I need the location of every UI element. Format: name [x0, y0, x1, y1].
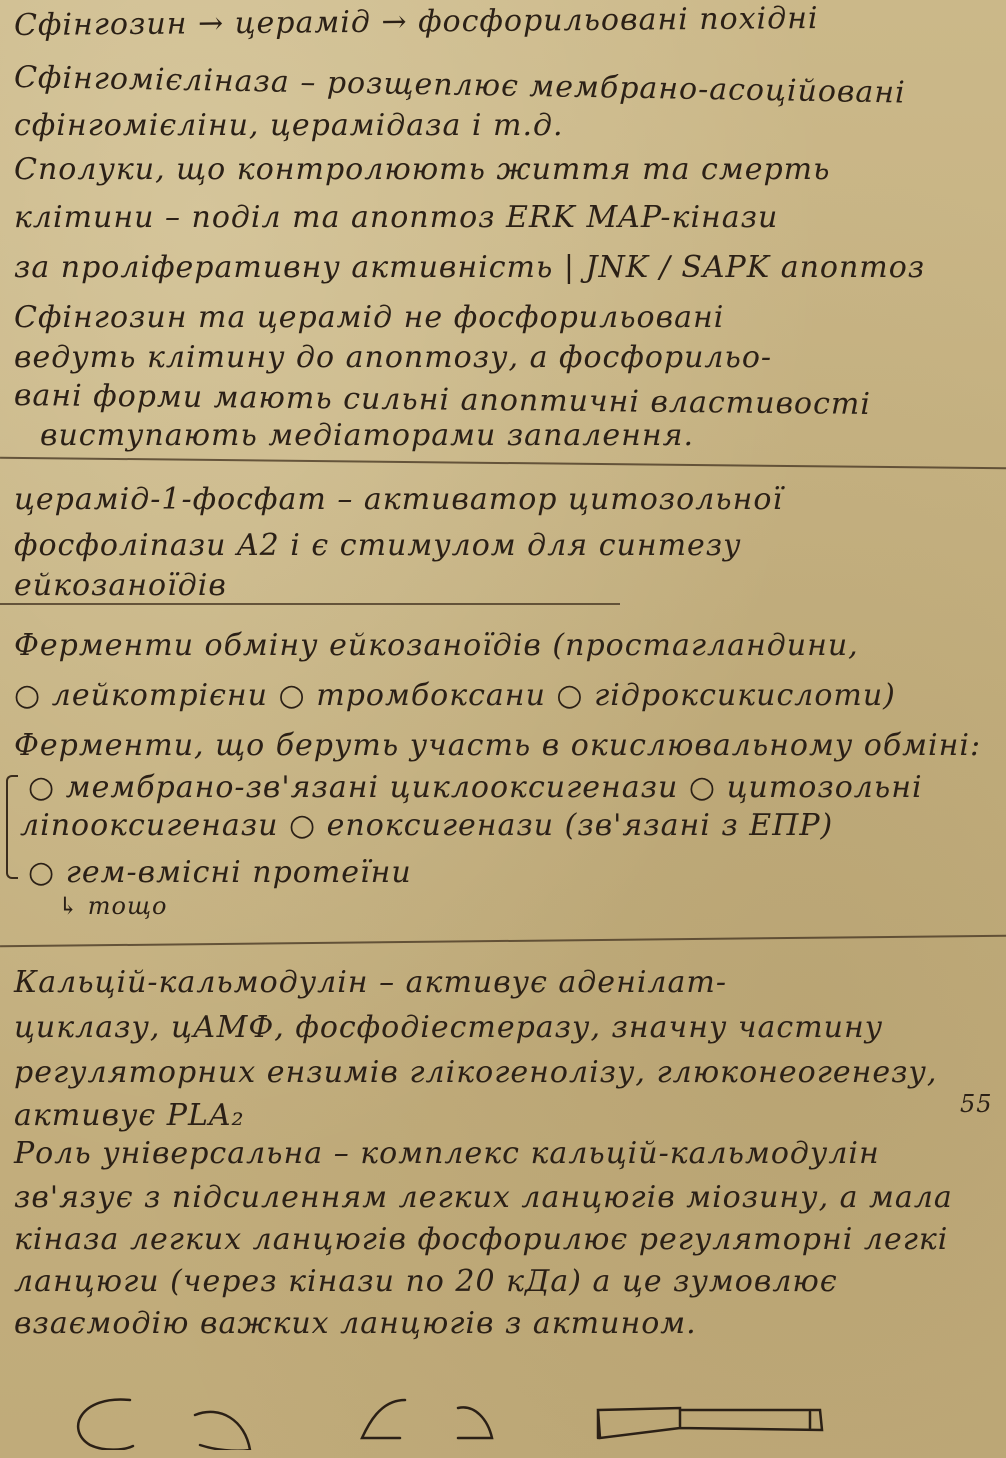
note-line: циклазу, цАМФ, фосфодіестеразу, значну ч…	[14, 1010, 883, 1045]
note-line: Ферменти, що беруть участь в окислювальн…	[14, 728, 981, 763]
section-divider	[0, 457, 1006, 470]
note-line: церамід-1-фосфат – активатор цитозольної	[14, 482, 783, 517]
bracket-mark	[6, 775, 18, 879]
section-divider	[0, 935, 1006, 948]
c-shape-icon	[78, 1400, 133, 1450]
handwritten-note-page: Сфінгозин → церамід → фосфорильовані пох…	[0, 0, 1006, 1458]
note-line: ○ мембрано-зв'язані циклооксигенази ○ ци…	[28, 770, 923, 805]
note-line: ведуть клітину до апоптозу, а фосфорильо…	[14, 340, 772, 375]
note-line: регуляторних ензимів глікогенолізу, глюк…	[14, 1055, 937, 1090]
note-line: активує PLA₂	[14, 1098, 245, 1133]
note-line: ейкозаноїдів	[14, 568, 227, 603]
note-line: ↳ тощо	[58, 892, 167, 920]
note-line: кіназа легких ланцюгів фосфорилює регуля…	[14, 1222, 948, 1257]
note-line: сфінгомієліни, церамідаза і т.д.	[14, 108, 564, 143]
note-line: вані форми мають сильні апоптичні власти…	[14, 378, 871, 422]
section-divider	[0, 603, 620, 605]
note-line: ○ лейкотрієни ○ тромбоксани ○ гідроксики…	[14, 678, 896, 713]
note-line: Сфінгомієліназа – розщеплює мембрано-асо…	[14, 60, 906, 111]
note-line: Ферменти обміну ейкозаноїдів (простаглан…	[14, 628, 859, 663]
note-line: Сфінгозин → церамід → фосфорильовані пох…	[14, 1, 819, 43]
note-line: Кальцій-кальмодулін – активує аденілат-	[14, 965, 727, 1000]
note-line: ○ гем-вмісні протеїни	[28, 855, 412, 890]
c-shape-small-icon	[362, 1400, 405, 1438]
note-line: взаємодію важких ланцюгів з актином.	[14, 1306, 697, 1341]
note-line: зв'язує з підсиленням легких ланцюгів мі…	[14, 1180, 953, 1215]
d-shape-icon	[195, 1412, 250, 1450]
note-line: Сполуки, що контролюють життя та смерть	[14, 152, 830, 187]
note-line: ланцюги (через кінази по 20 кДа) а це зу…	[14, 1264, 838, 1299]
note-line: Сфінгозин та церамід не фосфорильовані	[14, 300, 724, 335]
note-line: клітини – поділ та апоптоз ERK MAP-кіназ…	[14, 200, 778, 235]
note-line: ліпооксигенази ○ епоксигенази (зв'язані …	[20, 808, 833, 843]
note-line: виступають медіаторами запалення.	[40, 418, 694, 453]
rod-shape-icon	[598, 1408, 822, 1438]
sketch-shapes	[0, 1370, 1006, 1450]
note-line: за проліферативну активність | JNK / SAP…	[14, 250, 925, 285]
note-line: фосфоліпази A2 і є стимулом для синтезу	[14, 528, 742, 563]
d-shape-small-icon	[458, 1407, 492, 1438]
margin-note: 55	[960, 1090, 993, 1118]
note-line: Роль універсальна – комплекс кальцій-кал…	[14, 1136, 880, 1171]
